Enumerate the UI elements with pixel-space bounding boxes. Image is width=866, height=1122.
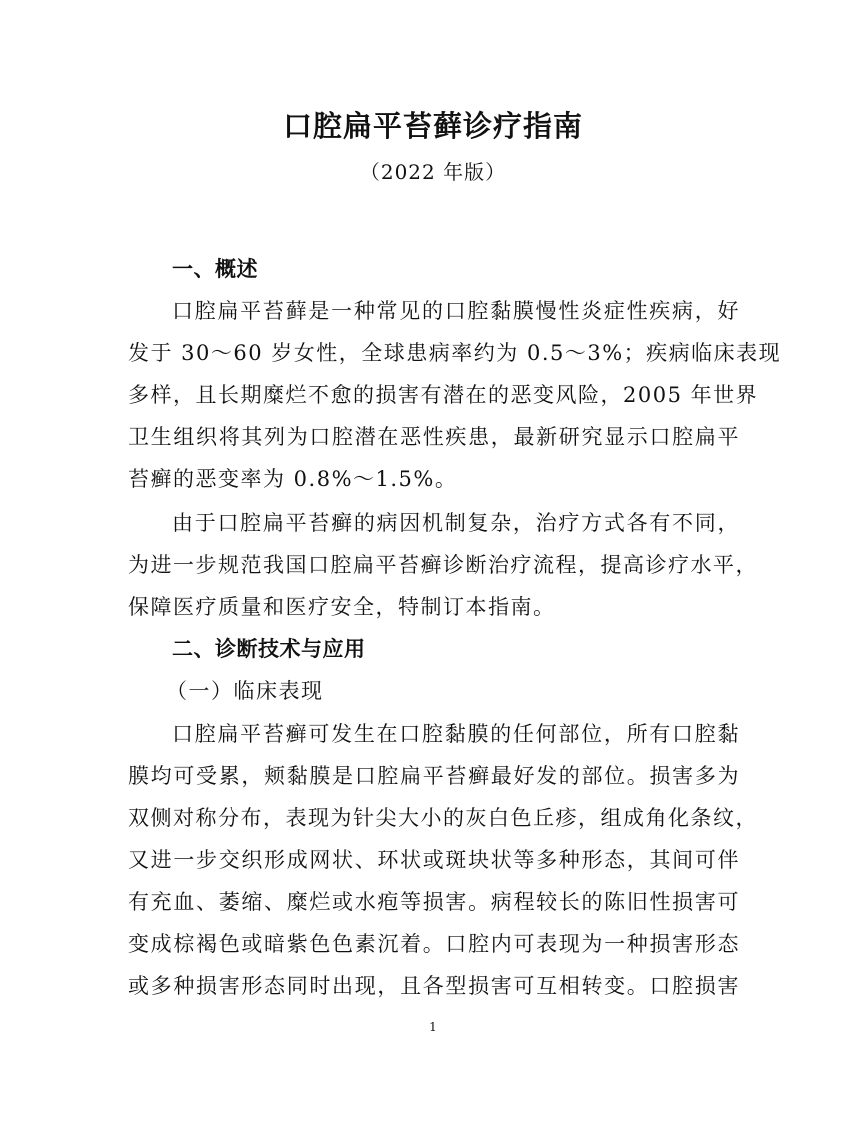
section-heading-diagnosis: 二、诊断技术与应用	[172, 635, 740, 663]
paragraph-line: 苔癣的恶变率为 0.8%～1.5%。	[128, 465, 740, 493]
paragraph-line: 变成棕褐色或暗紫色色素沉着。口腔内可表现为一种损害形态	[128, 930, 740, 958]
document-subtitle: （2022 年版）	[0, 156, 866, 185]
paragraph-line: 发于 30～60 岁女性，全球患病率约为 0.5～3%；疾病临床表现	[128, 339, 740, 367]
section-heading-overview: 一、概述	[172, 255, 740, 283]
page-number: 1	[0, 1020, 866, 1034]
paragraph-line: 口腔扁平苔藓是一种常见的口腔黏膜慢性炎症性疾病，好	[172, 297, 740, 325]
paragraph-line: 有充血、萎缩、糜烂或水疱等损害。病程较长的陈旧性损害可	[128, 888, 740, 916]
paragraph-line: 卫生组织将其列为口腔潜在恶性疾患，最新研究显示口腔扁平	[128, 423, 740, 451]
paragraph-line: 又进一步交织形成网状、环状或斑块状等多种形态，其间可伴	[128, 846, 740, 874]
paragraph-line: 多样，且长期糜烂不愈的损害有潜在的恶变风险，2005 年世界	[128, 381, 740, 409]
paragraph-line: 口腔扁平苔癣可发生在口腔黏膜的任何部位，所有口腔黏	[172, 720, 740, 748]
paragraph-line: 由于口腔扁平苔癣的病因机制复杂，治疗方式各有不同，	[172, 509, 740, 537]
paragraph-line: 为进一步规范我国口腔扁平苔癣诊断治疗流程，提高诊疗水平，	[128, 551, 740, 579]
subsection-heading-clinical: （一）临床表现	[166, 677, 734, 705]
paragraph-line: 保障医疗质量和医疗安全，特制订本指南。	[128, 593, 740, 621]
document-title: 口腔扁平苔藓诊疗指南	[0, 104, 866, 145]
paragraph-line: 膜均可受累，颊黏膜是口腔扁平苔癣最好发的部位。损害多为	[128, 762, 740, 790]
paragraph-line: 双侧对称分布，表现为针尖大小的灰白色丘疹，组成角化条纹，	[128, 804, 740, 832]
paragraph-line: 或多种损害形态同时出现，且各型损害可互相转变。口腔损害	[128, 972, 740, 1000]
